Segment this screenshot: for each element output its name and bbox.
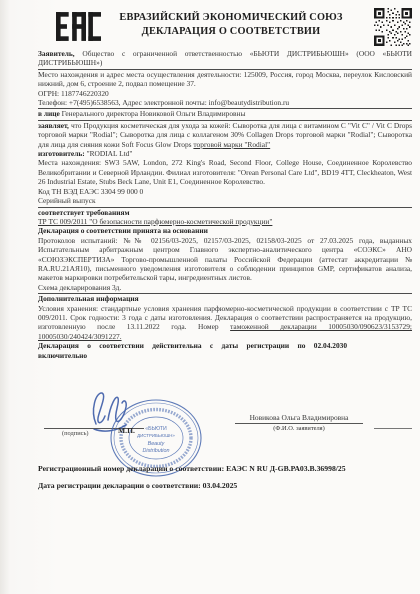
manufacturer-label: изготовитель: <box>38 149 85 158</box>
representative-label: в лице <box>38 109 60 118</box>
declaration-document: ЕВРАЗИЙСКИЙ ЭКОНОМИЧЕСКИЙ СОЮЗ ДЕКЛАРАЦИ… <box>0 0 420 594</box>
fio-caption: (Ф.И.О. заявителя) <box>235 425 363 432</box>
manufacturer-row: изготовитель: "RODIAL Ltd" <box>38 149 412 158</box>
applicant-row: Заявитель, Общество с ограниченной ответ… <box>38 49 412 70</box>
signature-caption: (подпись) <box>62 430 89 437</box>
validity-line2: включительно <box>38 351 87 360</box>
product-description-tail: торговой марки "Rodial" <box>193 140 270 149</box>
validity-statement: Декларация о соответствии действительна … <box>38 341 412 360</box>
representative-row: в лице Генерального директора Новиковой … <box>38 109 412 120</box>
additional-heading: Дополнительная информация <box>38 294 412 303</box>
applicant-label: Заявитель, <box>38 49 75 58</box>
document-body: Заявитель, Общество с ограниченной ответ… <box>38 49 412 360</box>
fio-block: Новикова Ольга Владимировна (Ф.И.О. заяв… <box>235 413 363 432</box>
regulation-row: ТР ТС 009/2011 "О безопасности парфюмерн… <box>38 217 412 226</box>
manufacturer-address-row: Места нахождения: SW3 5AW, London, 272 K… <box>38 158 412 186</box>
stamp-text-line3: Beauty <box>148 441 165 447</box>
contacts-row: Телефон: +7(495)6538563, Адрес электронн… <box>38 98 412 109</box>
validity-line1: Декларация о соответствии действительна … <box>38 341 347 350</box>
applicant-name: Общество с ограниченной ответственностью… <box>38 49 412 67</box>
additional-text: Условия хранения: стандартные условия хр… <box>38 304 412 342</box>
stamp-text-line2: ДИСТРИБЬЮШН» <box>137 433 175 438</box>
eac-logo <box>56 12 101 41</box>
manufacturer-name: "RODIAL Ltd" <box>87 149 133 158</box>
regulation-text: ТР ТС 009/2011 "О безопасности парфюмерн… <box>38 217 272 226</box>
compliance-heading: соответствует требованиям <box>38 208 412 217</box>
representative-name: Генерального директора Новиковой Ольги В… <box>62 109 246 118</box>
product-declaration: заявляет, что Продукция косметическая дл… <box>38 121 412 149</box>
registration-date-row: Дата регистрации декларации о соответств… <box>38 481 412 490</box>
signature-zone: (подпись) «БЬЮТИ ДИСТРИБЬЮШН» Beauty Dis… <box>38 390 412 464</box>
registration-number-row: Регистрационный номер декларации о соотв… <box>38 464 412 473</box>
form-line-right <box>374 428 412 429</box>
registration-date-label: Дата регистрации декларации о соответств… <box>38 481 201 490</box>
registration-number-label: Регистрационный номер декларации о соотв… <box>38 464 224 473</box>
serial-release-row: Серийный выпуск <box>38 196 412 207</box>
stamp-mp-label: М.П. <box>118 426 135 435</box>
scheme-row: Схема декларирования 3д. <box>38 283 412 294</box>
doc-title: ДЕКЛАРАЦИЯ О СООТВЕТСТВИИ <box>100 25 362 39</box>
union-name: ЕВРАЗИЙСКИЙ ЭКОНОМИЧЕСКИЙ СОЮЗ <box>100 11 362 25</box>
applicant-address-row: Место нахождения и адрес места осуществл… <box>38 70 412 89</box>
document-titles: ЕВРАЗИЙСКИЙ ЭКОНОМИЧЕСКИЙ СОЮЗ ДЕКЛАРАЦИ… <box>100 11 362 38</box>
basis-heading: Декларация о соответствии принята на осн… <box>38 226 412 235</box>
stamp-text-line1: «БЬЮТИ <box>145 426 167 432</box>
registration-footer: Регистрационный номер декларации о соотв… <box>38 464 412 498</box>
registration-date-value: 03.04.2025 <box>203 481 238 490</box>
tnved-row: Код ТН ВЭД ЕАЭС 3304 99 000 0 <box>38 187 412 196</box>
fio-name: Новикова Ольга Владимировна <box>235 413 363 424</box>
registration-number-value: ЕАЭС N RU Д-GB.РА03.В.36998/25 <box>226 464 346 473</box>
basis-text: Протоколов испытаний: №№ 02156/03-2025, … <box>38 236 412 283</box>
document-header: ЕВРАЗИЙСКИЙ ЭКОНОМИЧЕСКИЙ СОЮЗ ДЕКЛАРАЦИ… <box>0 10 420 50</box>
ogrn-row: ОГРН: 1187746220320 <box>38 89 412 98</box>
qr-code-icon <box>374 8 412 46</box>
declares-label: заявляет, <box>38 121 69 130</box>
stamp-text-line4: Distribution <box>143 448 170 454</box>
